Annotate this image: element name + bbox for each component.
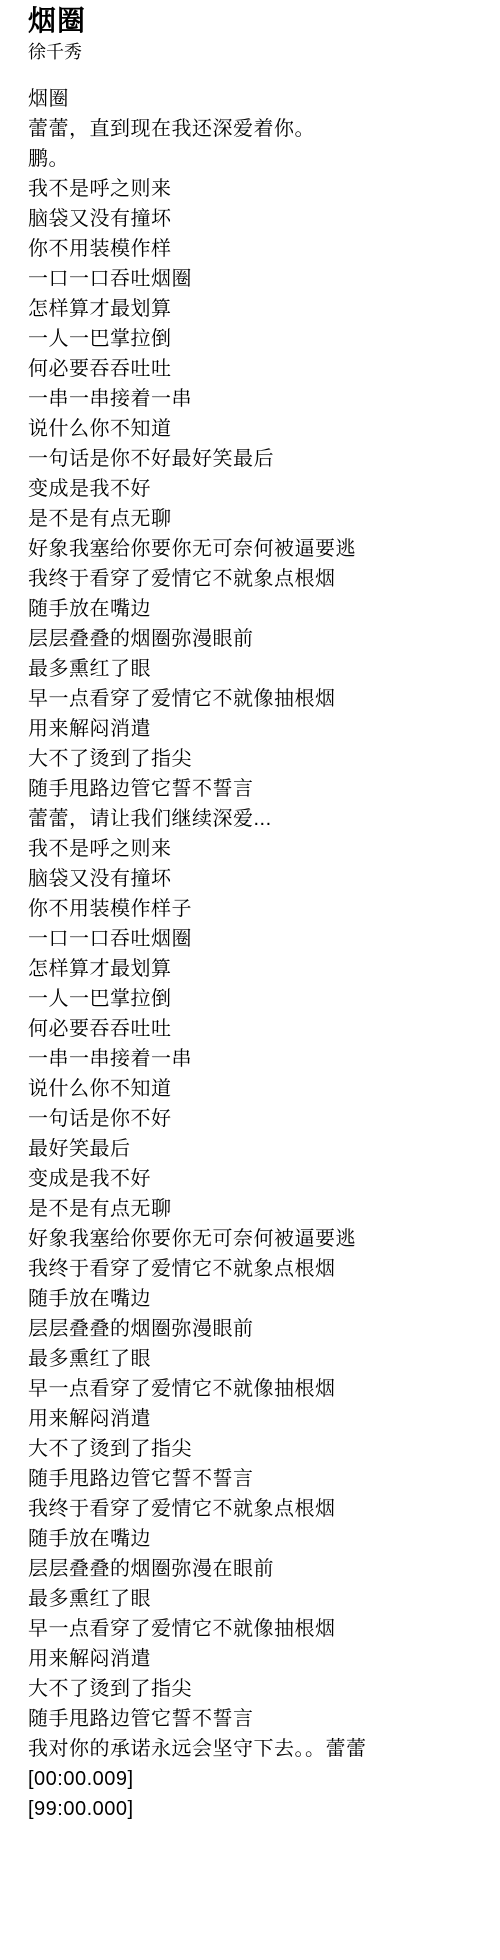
lyric-line: [99:00.000]: [28, 1794, 490, 1824]
lyric-line: 何必要吞吞吐吐: [28, 354, 490, 384]
lyric-line: 最好笑最后: [28, 1134, 490, 1164]
lyric-line: 你不用装模作样: [28, 234, 490, 264]
lyrics-block: 烟圈蕾蕾，直到现在我还深爱着你。鹏。我不是呼之则来脑袋又没有撞坏你不用装模作样一…: [28, 84, 490, 1824]
lyric-line: 好象我塞给你要你无可奈何被逼要逃: [28, 534, 490, 564]
lyric-line: [00:00.009]: [28, 1764, 490, 1794]
lyric-line: 一句话是你不好: [28, 1104, 490, 1134]
lyric-line: 好象我塞给你要你无可奈何被逼要逃: [28, 1224, 490, 1254]
lyric-line: 一串一串接着一串: [28, 384, 490, 414]
lyric-line: 层层叠叠的烟圈弥漫眼前: [28, 1314, 490, 1344]
lyric-line: 用来解闷消遣: [28, 1404, 490, 1434]
lyric-line: 早一点看穿了爱情它不就像抽根烟: [28, 1614, 490, 1644]
lyric-line: 变成是我不好: [28, 1164, 490, 1194]
lyric-line: 是不是有点无聊: [28, 1194, 490, 1224]
lyric-line: 一串一串接着一串: [28, 1044, 490, 1074]
lyric-line: 烟圈: [28, 84, 490, 114]
lyric-line: 随手放在嘴边: [28, 1524, 490, 1554]
lyric-line: 怎样算才最划算: [28, 954, 490, 984]
lyric-line: 层层叠叠的烟圈弥漫在眼前: [28, 1554, 490, 1584]
lyric-line: 随手甩路边管它誓不誓言: [28, 1704, 490, 1734]
lyric-line: 一人一巴掌拉倒: [28, 984, 490, 1014]
lyric-line: 我终于看穿了爱情它不就象点根烟: [28, 1494, 490, 1524]
lyric-line: 我对你的承诺永远会坚守下去。。蕾蕾: [28, 1734, 490, 1764]
lyric-line: 大不了烫到了指尖: [28, 744, 490, 774]
lyric-line: 最多熏红了眼: [28, 1344, 490, 1374]
lyric-line: 一人一巴掌拉倒: [28, 324, 490, 354]
lyric-line: 大不了烫到了指尖: [28, 1434, 490, 1464]
artist-name: 徐千秀: [28, 40, 490, 64]
lyric-line: 早一点看穿了爱情它不就像抽根烟: [28, 1374, 490, 1404]
lyric-line: 说什么你不知道: [28, 414, 490, 444]
lyric-line: 变成是我不好: [28, 474, 490, 504]
lyric-line: 一句话是你不好最好笑最后: [28, 444, 490, 474]
lyric-line: 说什么你不知道: [28, 1074, 490, 1104]
lyric-line: 我终于看穿了爱情它不就象点根烟: [28, 564, 490, 594]
lyric-line: 用来解闷消遣: [28, 1644, 490, 1674]
lyric-line: 何必要吞吞吐吐: [28, 1014, 490, 1044]
lyric-line: 最多熏红了眼: [28, 1584, 490, 1614]
lyric-line: 脑袋又没有撞坏: [28, 204, 490, 234]
lyric-line: 随手放在嘴边: [28, 594, 490, 624]
lyric-line: 最多熏红了眼: [28, 654, 490, 684]
lyric-line: 我不是呼之则来: [28, 174, 490, 204]
lyric-line: 用来解闷消遣: [28, 714, 490, 744]
lyric-line: 一口一口吞吐烟圈: [28, 924, 490, 954]
lyric-line: 层层叠叠的烟圈弥漫眼前: [28, 624, 490, 654]
lyric-line: 我终于看穿了爱情它不就象点根烟: [28, 1254, 490, 1284]
lyric-line: 随手放在嘴边: [28, 1284, 490, 1314]
lyric-line: 你不用装模作样子: [28, 894, 490, 924]
lyric-line: 一口一口吞吐烟圈: [28, 264, 490, 294]
lyric-line: 我不是呼之则来: [28, 834, 490, 864]
lyric-line: 是不是有点无聊: [28, 504, 490, 534]
lyric-line: 大不了烫到了指尖: [28, 1674, 490, 1704]
lyric-line: 随手甩路边管它誓不誓言: [28, 1464, 490, 1494]
lyric-line: 蕾蕾，直到现在我还深爱着你。: [28, 114, 490, 144]
page-title: 烟圈: [28, 4, 490, 38]
lyric-line: 脑袋又没有撞坏: [28, 864, 490, 894]
lyric-line: 随手甩路边管它誓不誓言: [28, 774, 490, 804]
lyric-line: 怎样算才最划算: [28, 294, 490, 324]
lyric-line: 鹏。: [28, 144, 490, 174]
lyrics-page: 烟圈 徐千秀 烟圈蕾蕾，直到现在我还深爱着你。鹏。我不是呼之则来脑袋又没有撞坏你…: [0, 0, 500, 1824]
lyric-line: 早一点看穿了爱情它不就像抽根烟: [28, 684, 490, 714]
lyric-line: 蕾蕾，请让我们继续深爱...: [28, 804, 490, 834]
